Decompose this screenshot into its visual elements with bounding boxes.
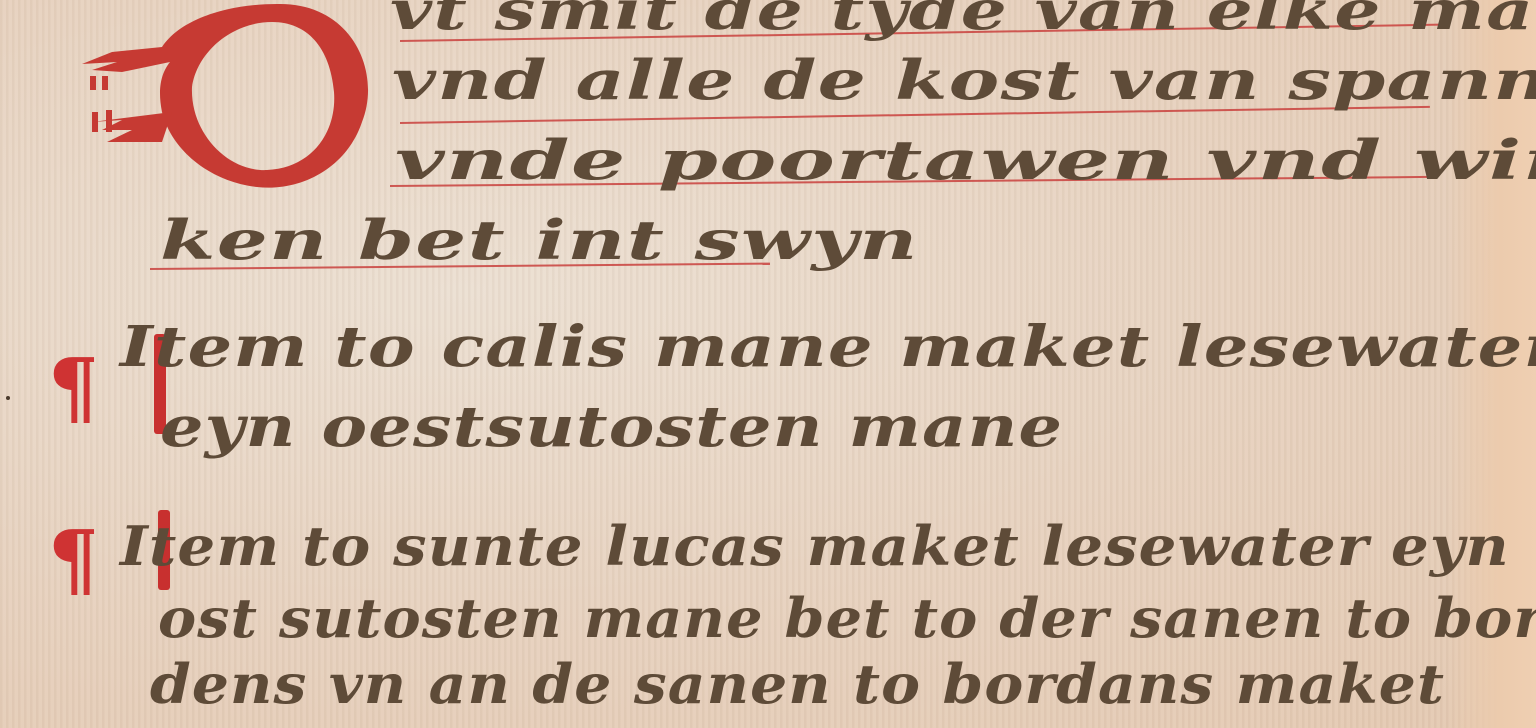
paragraph-2-line-3: dens vn an de sanen to bordans maket bbox=[150, 652, 1445, 716]
paragraph-1-line-1: Item to calis mane maket lesewater bbox=[120, 314, 1536, 380]
rubric-line-4: ken bet int swyn bbox=[160, 208, 919, 272]
rubric-line-3: vnde poortawen vnd winnekyn bbox=[395, 128, 1536, 192]
decorated-initial-o-icon bbox=[62, 0, 372, 192]
paragraph-mark-icon: ¶ bbox=[48, 512, 99, 606]
paragraph-mark-icon: ¶ bbox=[48, 340, 99, 434]
margin-mark bbox=[6, 396, 10, 400]
paragraph-2-line-2: ost sutosten mane bet to der sanen to bo… bbox=[158, 586, 1536, 650]
paragraph-2-line-1: Item to sunte lucas maket lesewater eyn bbox=[120, 514, 1510, 578]
paragraph-1-line-2: eyn oestsutosten mane bbox=[160, 394, 1063, 460]
rubric-line-1: vt smit de tyde van elke mane bbox=[390, 0, 1536, 42]
rubric-line-2: vnd alle de kost van spannyngen bbox=[392, 48, 1536, 112]
